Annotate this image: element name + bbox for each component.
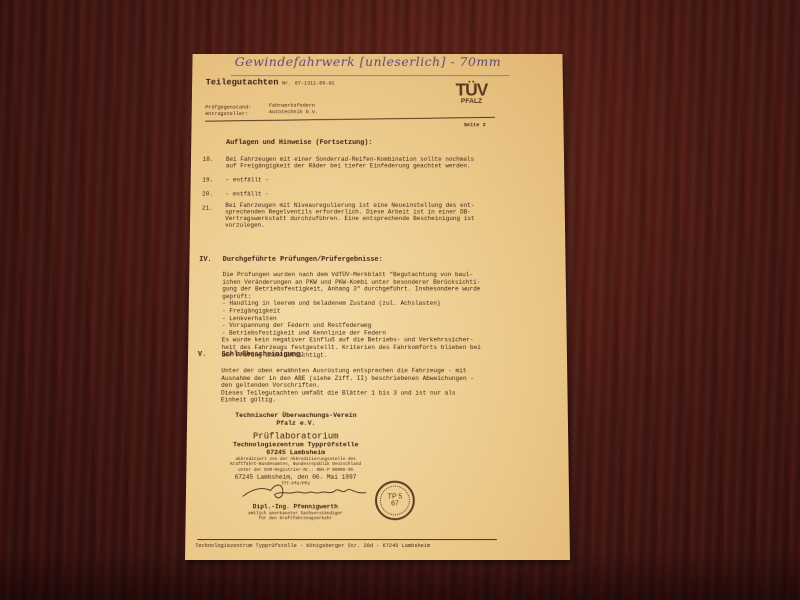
tests-line: Es wurde kein negativer Einfluß auf die … xyxy=(222,337,481,344)
final-body: Unter der oben erwähnten Ausrüstung ents… xyxy=(221,367,474,404)
issuer-org: Technischer Überwachungs-Verein Pfalz e.… xyxy=(197,412,395,427)
tuv-logo-mark: TÜV xyxy=(452,82,491,99)
final-line: Dieses Teilegutachten umfaßt die Blätter… xyxy=(221,389,474,396)
document-title: Teilegutachten xyxy=(206,78,279,87)
issuer-lab: Prüflaboratorium Technologiezentrum Typp… xyxy=(196,432,395,473)
tests-line: ichen Veränderungen an PKW und PKW-Kombi… xyxy=(222,279,480,286)
field-value-applicant: Autotechnik b.V. xyxy=(269,109,318,116)
conditions-list: 18. Bei Fahrzeugen mit einer Sonderrad-R… xyxy=(202,156,514,222)
signer-name: Dipl.-Ing. Pfennigwerth xyxy=(196,503,395,511)
tuv-logo: TÜV PFALZ xyxy=(452,82,491,106)
stamp-line: 67 xyxy=(391,500,399,507)
accreditation-line: unter der DAR-Registrier-Nr.: KBA-P 0000… xyxy=(196,467,395,472)
tests-line: - Handling in leerem und beladenem Zusta… xyxy=(222,300,480,307)
document-page: Gewindefahrwerk [unleserlich] - 70mm Tei… xyxy=(185,54,570,560)
page-label: Seite 3 xyxy=(464,123,486,130)
condition-text: vorzulegen. xyxy=(225,222,265,229)
condition-number: 21. xyxy=(202,205,213,212)
final-line: Ausnahme der in den ABE (siehe Ziff. II)… xyxy=(221,375,474,382)
handwritten-note: Gewindefahrwerk [unleserlich] - 70mm xyxy=(235,60,501,67)
header-rule xyxy=(205,117,495,122)
tests-line: - Lenkverhalten xyxy=(222,315,481,322)
condition-number: 19. xyxy=(202,177,213,184)
document-number-label: Nr. xyxy=(282,81,291,87)
condition-text: - entfällt - xyxy=(226,177,269,184)
document-number: 87-1311-85-91 xyxy=(295,81,335,87)
handwriting-underline xyxy=(231,75,510,76)
official-stamp: TP 5 67 xyxy=(375,481,415,521)
condition-number: 20. xyxy=(202,191,213,198)
final-line: den geltenden Vorschriften. xyxy=(221,382,474,389)
signer-block: Dipl.-Ing. Pfennigwerth amtlich anerkann… xyxy=(196,503,395,521)
footer-address: Technologiezentrum Typprüfstelle - König… xyxy=(195,543,430,551)
footer-rule xyxy=(197,539,497,540)
final-heading: Schlußbescheinigung: xyxy=(221,352,304,359)
issuer-org-line: Technischer Überwachungs-Verein xyxy=(197,412,395,419)
tuv-logo-region: PFALZ xyxy=(452,98,491,105)
tests-line: gung der Betriebsfestigkeit, Anhang 3" d… xyxy=(222,286,480,293)
condition-text: auf Freigängigkeit der Räder bei tiefer … xyxy=(226,163,471,170)
lab-line: Technologiezentrum Typprüfstelle xyxy=(197,441,395,448)
tests-line: Die Prüfungen wurden nach dem VdTÜV-Merk… xyxy=(222,271,480,278)
issuer-org-line: Pfalz e.V. xyxy=(197,419,395,426)
tests-body: Die Prüfungen wurden nach dem VdTÜV-Merk… xyxy=(221,271,481,358)
document-title-row: Teilegutachten Nr. 87-1311-85-91 xyxy=(206,80,335,88)
lab-title: Prüflaboratorium xyxy=(197,432,395,442)
final-line: Einheit gültig. xyxy=(221,397,474,404)
condition-text: - entfällt - xyxy=(225,191,268,198)
lab-line: 67245 Lambsheim xyxy=(196,449,394,456)
signature-icon xyxy=(241,481,370,503)
signer-role: für den Kraftfahrzeugverkehr xyxy=(196,516,395,521)
field-label-applicant: Antragsteller: xyxy=(205,111,248,118)
tests-line: - Betriebsfestigkeit und Kennlinie der F… xyxy=(222,330,481,337)
tests-line: - Freigängigkeit xyxy=(222,308,481,315)
final-numeral: V. xyxy=(198,352,206,359)
condition-number: 18. xyxy=(203,156,214,163)
stamp-line: TP 5 xyxy=(388,494,403,501)
tests-line: - Vorspannung der Federn und Restfederwe… xyxy=(222,322,481,329)
tests-numeral: IV. xyxy=(199,257,211,264)
tests-line: geprüft: xyxy=(222,293,480,300)
tests-heading: Durchgeführte Prüfungen/Prüfergebnisse: xyxy=(223,257,383,264)
conditions-heading: Auflagen und Hinweise (Fortsetzung): xyxy=(226,140,372,147)
final-line: Unter der oben erwähnten Ausrüstung ents… xyxy=(221,367,474,374)
